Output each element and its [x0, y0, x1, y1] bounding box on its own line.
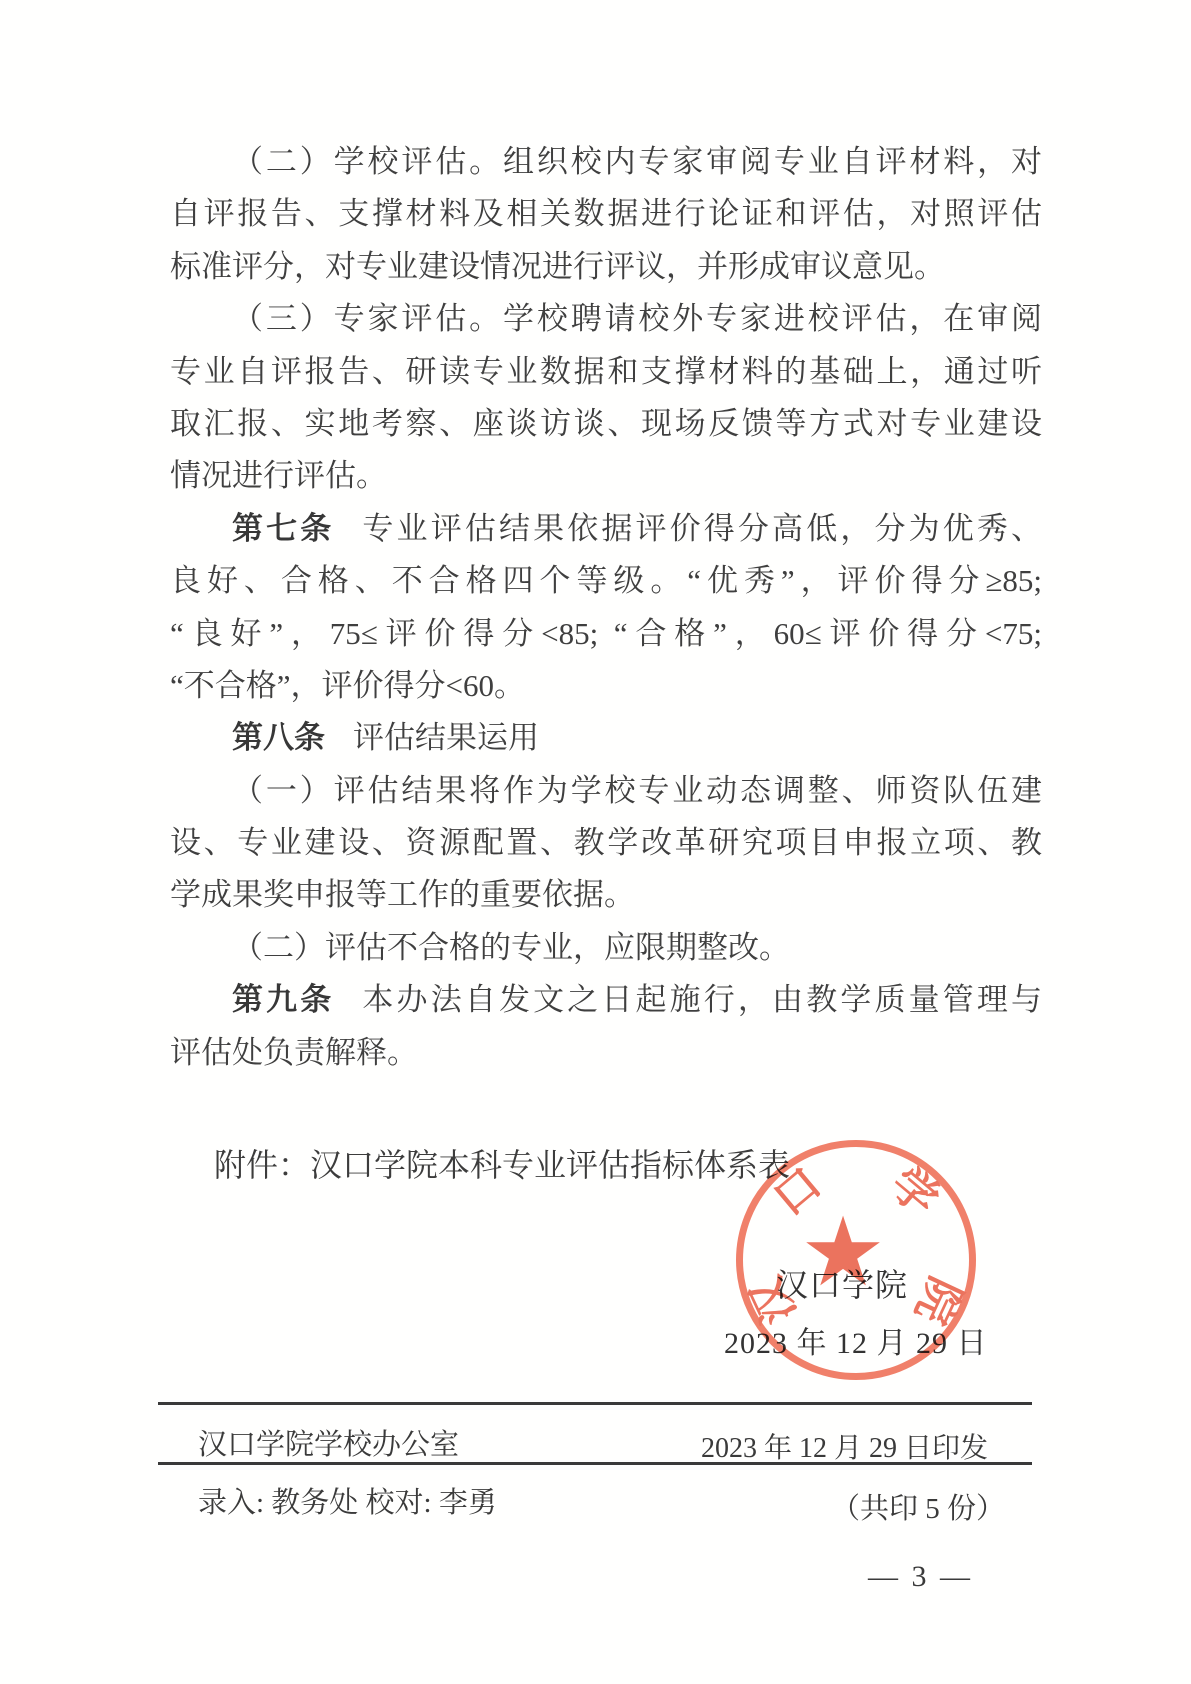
body-line: 良好、合格、不合格四个等级。“优秀”，评价得分≥85;: [170, 555, 1042, 607]
article-number-label: 第八条: [232, 720, 325, 755]
body-line: 标准评分，对专业建设情况进行评议，并形成审议意见。: [170, 241, 1042, 293]
attachment-line: 附件：汉口学院本科专业评估指标体系表: [214, 1140, 790, 1186]
body-line: 第九条本办法自发文之日起施行，由教学质量管理与: [170, 974, 1042, 1026]
body-line: 第七条专业评估结果依据评价得分高低，分为优秀、: [170, 503, 1042, 555]
body-line: 设、专业建设、资源配置、教学改革研究项目申报立项、教: [170, 817, 1042, 869]
body-line: 评估处负责解释。: [170, 1027, 1042, 1079]
body-line: “不合格”，评价得分<60。: [170, 660, 1042, 712]
body-line: 自评报告、支撑材料及相关数据进行论证和评估，对照评估: [170, 188, 1042, 240]
document-body: （二）学校评估。组织校内专家审阅专业自评材料，对自评报告、支撑材料及相关数据进行…: [170, 136, 1042, 1079]
article-number-label: 第九条: [232, 982, 334, 1017]
body-line: 第八条评估结果运用: [170, 712, 1042, 764]
body-line: （二）评估不合格的专业，应限期整改。: [170, 922, 1042, 974]
body-line: （三）专家评估。学校聘请校外专家进校评估，在审阅: [170, 293, 1042, 345]
body-line: 学成果奖申报等工作的重要依据。: [170, 869, 1042, 921]
seal-ring-char: 学: [881, 1157, 949, 1225]
signature-date: 2023 年 12 月 29 日: [724, 1318, 988, 1362]
body-line: （二）学校评估。组织校内专家审阅专业自评材料，对: [170, 136, 1042, 188]
body-line: （一）评估结果将作为学校专业动态调整、师资队伍建: [170, 765, 1042, 817]
footer-rule-top: [158, 1402, 1032, 1405]
print-date: 2023 年 12 月 29 日印发: [620, 1426, 988, 1466]
article-number-label: 第七条: [232, 511, 334, 546]
body-line: 情况进行评估。: [170, 450, 1042, 502]
entry-proofread-info: 录入: 教务处 校对: 李勇: [198, 1480, 497, 1521]
page-number: — 3 —: [868, 1560, 973, 1594]
body-line: 专业自评报告、研读专业数据和支撑材料的基础上，通过听: [170, 346, 1042, 398]
copies-note: （共印 5 份）: [690, 1486, 1005, 1527]
body-line: “良好”，75≤评价得分<85; “合格”，60≤评价得分<75;: [170, 608, 1042, 660]
footer-rule-bottom: [158, 1462, 1032, 1465]
issuing-office: 汉口学院学校办公室: [198, 1422, 459, 1463]
document-page: （二）学校评估。组织校内专家审阅专业自评材料，对自评报告、支撑材料及相关数据进行…: [0, 0, 1191, 1684]
body-line: 取汇报、实地考察、座谈访谈、现场反馈等方式对专业建设: [170, 398, 1042, 450]
signature-org-name: 汉口学院: [776, 1260, 908, 1306]
